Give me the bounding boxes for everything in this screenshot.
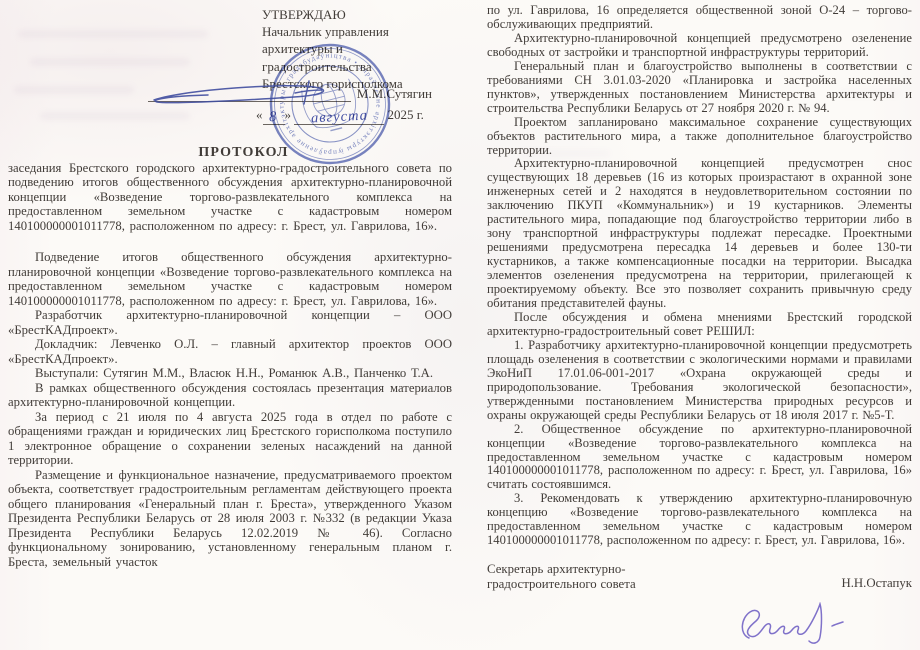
paragraph-left-7: Размещение и функциональное назначение, … <box>8 468 452 570</box>
paragraph-right-5: Архитектурно-планировочной концепцией пр… <box>487 157 912 310</box>
secretary-role: Секретарь архитектурно- градостроительно… <box>487 562 636 592</box>
paragraph-right-6: После обсуждения и обмена мнениями Брест… <box>487 311 912 339</box>
bleed-smudge <box>18 30 208 38</box>
scanned-protocol-document: УТВЕРЖДАЮ Начальник управления архитекту… <box>0 0 920 650</box>
protocol-intro-paragraph: заседания Брестского городского архитект… <box>8 161 452 234</box>
paragraph-right-2: Архитектурно-планировочной концепцией пр… <box>487 32 912 60</box>
protocol-heading: ПРОТОКОЛ <box>8 146 452 161</box>
left-column: ПРОТОКОЛ заседания Брестского городского… <box>8 146 452 569</box>
paragraph-left-4: Выступали: Сутягин М.М., Власюк Н.Н., Ро… <box>8 366 452 381</box>
footer-signature-block: Секретарь архитектурно- градостроительно… <box>487 562 912 592</box>
right-column: по ул. Гаврилова, 16 определяется общест… <box>487 4 912 592</box>
secretary-name: Н.Н.Остапук <box>841 577 912 592</box>
paragraph-left-5: В рамках общественного обсуждения состоя… <box>8 381 452 410</box>
approval-title: УТВЕРЖДАЮ <box>262 6 438 23</box>
paragraph-left-3: Докладчик: Левченко О.Л. – главный архит… <box>8 337 452 366</box>
paragraph-right-8: 2. Общественное обсуждение по архитектур… <box>487 423 912 493</box>
approval-line: Начальник управления <box>262 23 438 40</box>
paragraph-left-6: За период с 21 июля по 4 августа 2025 го… <box>8 410 452 468</box>
secretary-role-line1: Секретарь архитектурно- <box>487 562 636 577</box>
secretary-signature-icon <box>733 602 851 648</box>
paragraph-right-3: Генеральный план и благоустройство выпол… <box>487 60 912 116</box>
bleed-smudge <box>40 112 190 120</box>
approver-signature-icon <box>146 78 358 112</box>
secretary-role-line2: градостроительного совета <box>487 577 636 592</box>
paragraph-right-7: 1. Разработчику архитектурно-планировочн… <box>487 339 912 423</box>
paragraph-left-1: Подведение итогов общественного обсужден… <box>8 250 452 308</box>
paragraph-right-9: 3. Рекомендовать к утверждению архитекту… <box>487 492 912 548</box>
paragraph-left-2: Разработчик архитектурно-планировочной к… <box>8 308 452 337</box>
bleed-smudge <box>14 86 134 94</box>
paragraph-right-1: по ул. Гаврилова, 16 определяется общест… <box>487 4 912 32</box>
paragraph-right-4: Проектом запланировано максимальное сохр… <box>487 116 912 158</box>
bleed-smudge <box>30 58 190 66</box>
